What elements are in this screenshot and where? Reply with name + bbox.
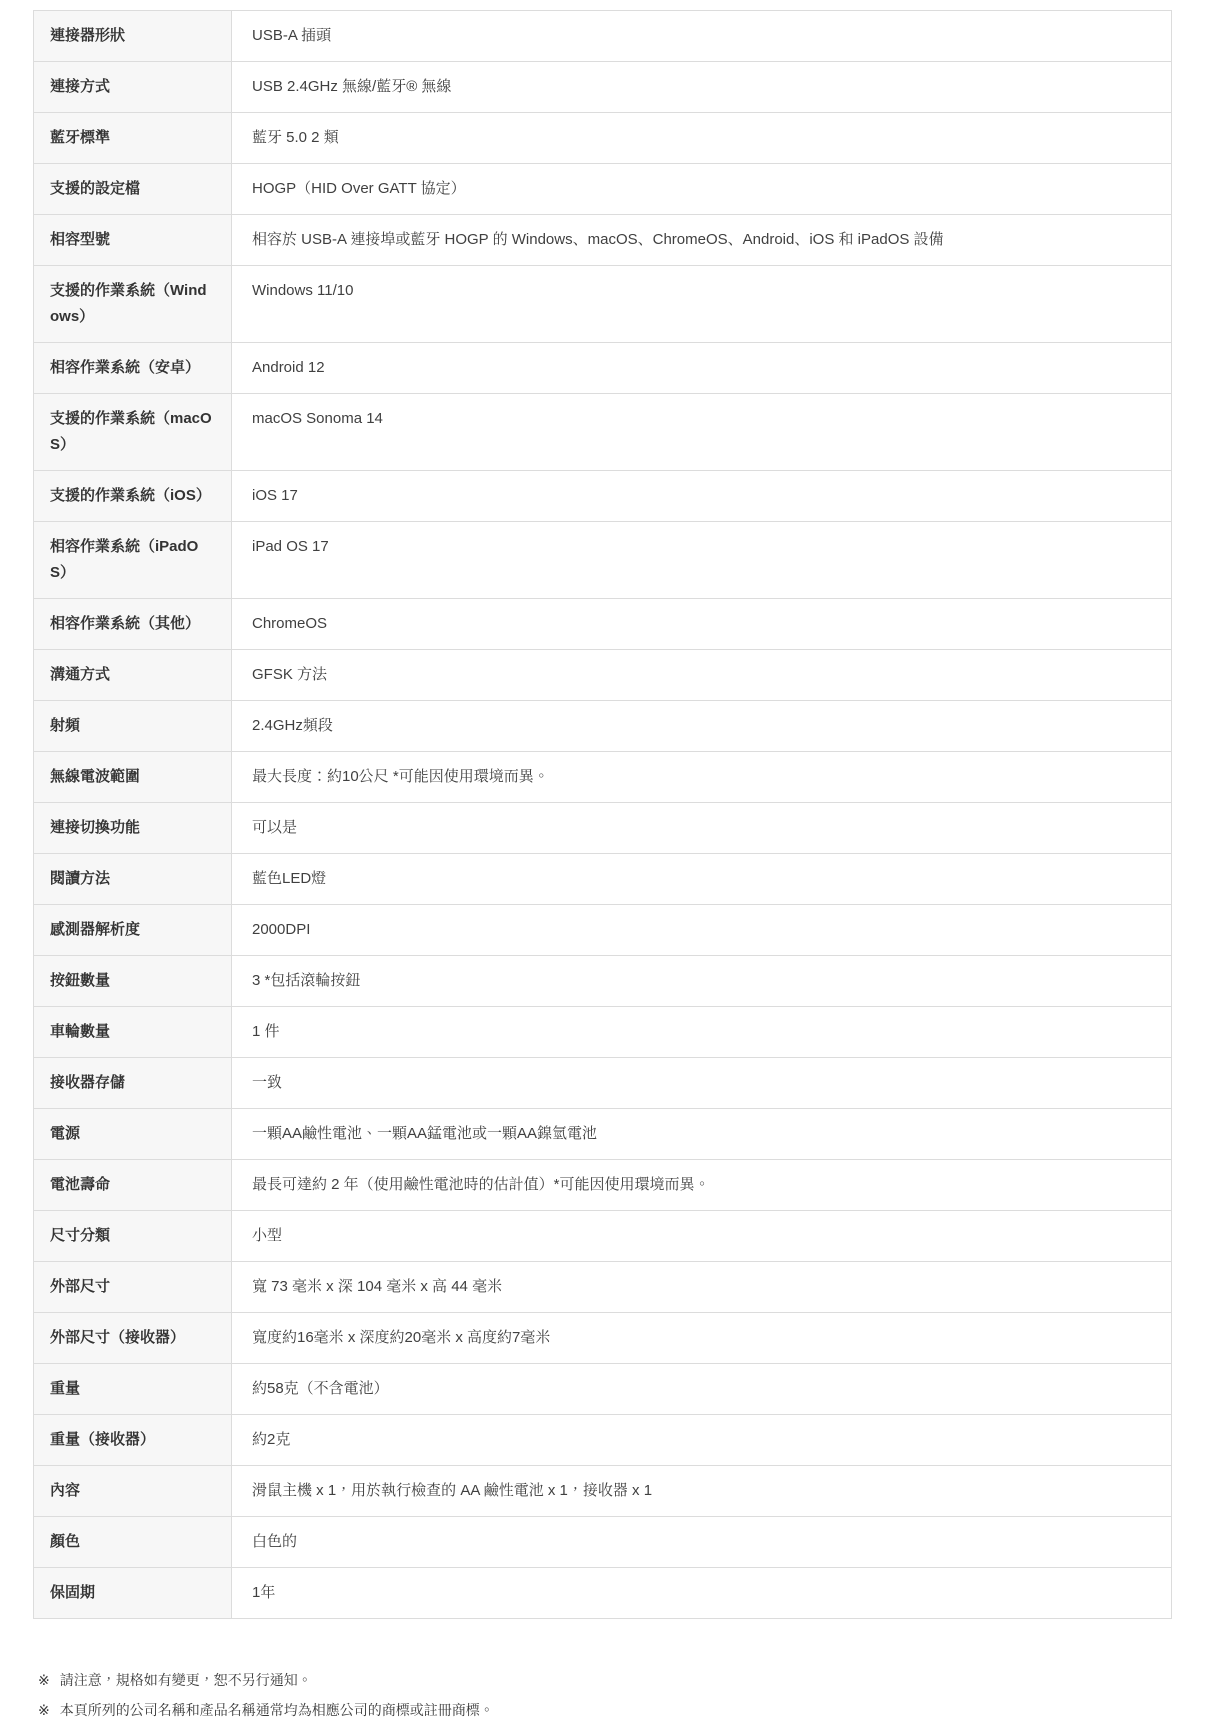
spec-label: 連接方式 [34, 62, 232, 113]
spec-label: 無線電波範圍 [34, 752, 232, 803]
spec-row: 重量（接收器） 約2克 [34, 1415, 1172, 1466]
spec-label: 車輪數量 [34, 1007, 232, 1058]
spec-value: 寬度約16毫米 x 深度約20毫米 x 高度約7毫米 [232, 1313, 1172, 1364]
spec-value: USB-A 插頭 [232, 11, 1172, 62]
spec-row: 支援的作業系統（macOS） macOS Sonoma 14 [34, 394, 1172, 471]
spec-row: 相容作業系統（iPadOS） iPad OS 17 [34, 522, 1172, 599]
spec-value: 最長可達約 2 年（使用鹼性電池時的估計值）*可能因使用環境而異。 [232, 1160, 1172, 1211]
spec-value: 約2克 [232, 1415, 1172, 1466]
spec-row: 連接方式 USB 2.4GHz 無線/藍牙® 無線 [34, 62, 1172, 113]
spec-row: 無線電波範圍 最大長度：約10公尺 *可能因使用環境而異。 [34, 752, 1172, 803]
spec-row: 按鈕數量 3 *包括滾輪按鈕 [34, 956, 1172, 1007]
spec-label: 連接切換功能 [34, 803, 232, 854]
spec-value: GFSK 方法 [232, 650, 1172, 701]
spec-row: 閱讀方法 藍色LED燈 [34, 854, 1172, 905]
spec-value: 相容於 USB-A 連接埠或藍牙 HOGP 的 Windows、macOS、Ch… [232, 215, 1172, 266]
spec-label: 外部尺寸（接收器） [34, 1313, 232, 1364]
spec-row: 重量 約58克（不含電池） [34, 1364, 1172, 1415]
footnote-text: 本頁所列的公司名稱和產品名稱通常均為相應公司的商標或註冊商標。 [60, 1695, 1208, 1725]
spec-row: 藍牙標準 藍牙 5.0 2 類 [34, 113, 1172, 164]
spec-row: 相容型號 相容於 USB-A 連接埠或藍牙 HOGP 的 Windows、mac… [34, 215, 1172, 266]
spec-row: 尺寸分類 小型 [34, 1211, 1172, 1262]
spec-value: 一致 [232, 1058, 1172, 1109]
spec-row: 電池壽命 最長可達約 2 年（使用鹼性電池時的估計值）*可能因使用環境而異。 [34, 1160, 1172, 1211]
spec-value: 白色的 [232, 1517, 1172, 1568]
spec-label: 重量 [34, 1364, 232, 1415]
spec-label: 內容 [34, 1466, 232, 1517]
spec-label: 保固期 [34, 1568, 232, 1619]
spec-label: 相容型號 [34, 215, 232, 266]
footnotes: ※ 請注意，規格如有變更，恕不另行通知。 ※ 本頁所列的公司名稱和產品名稱通常均… [38, 1665, 1208, 1725]
spec-value: 藍牙 5.0 2 類 [232, 113, 1172, 164]
reference-mark-icon: ※ [38, 1665, 50, 1695]
spec-value: 3 *包括滾輪按鈕 [232, 956, 1172, 1007]
spec-value: 可以是 [232, 803, 1172, 854]
spec-value: 小型 [232, 1211, 1172, 1262]
spec-row: 支援的作業系統（Windows） Windows 11/10 [34, 266, 1172, 343]
spec-row: 接收器存儲 一致 [34, 1058, 1172, 1109]
spec-label: 電池壽命 [34, 1160, 232, 1211]
spec-label: 按鈕數量 [34, 956, 232, 1007]
spec-label: 重量（接收器） [34, 1415, 232, 1466]
spec-value: 1 件 [232, 1007, 1172, 1058]
spec-label: 閱讀方法 [34, 854, 232, 905]
spec-label: 感測器解析度 [34, 905, 232, 956]
spec-value: 最大長度：約10公尺 *可能因使用環境而異。 [232, 752, 1172, 803]
spec-row: 支援的設定檔 HOGP（HID Over GATT 協定） [34, 164, 1172, 215]
spec-label: 相容作業系統（安卓） [34, 343, 232, 394]
spec-table: 連接器形狀 USB-A 插頭 連接方式 USB 2.4GHz 無線/藍牙® 無線… [33, 10, 1172, 1619]
spec-label: 尺寸分類 [34, 1211, 232, 1262]
spec-value: HOGP（HID Over GATT 協定） [232, 164, 1172, 215]
spec-row: 外部尺寸（接收器） 寬度約16毫米 x 深度約20毫米 x 高度約7毫米 [34, 1313, 1172, 1364]
footnote-line: ※ 請注意，規格如有變更，恕不另行通知。 [38, 1665, 1208, 1695]
footnote-line: ※ 本頁所列的公司名稱和產品名稱通常均為相應公司的商標或註冊商標。 [38, 1695, 1208, 1725]
reference-mark-icon: ※ [38, 1695, 50, 1725]
spec-label: 連接器形狀 [34, 11, 232, 62]
spec-row: 顏色 白色的 [34, 1517, 1172, 1568]
spec-value: Windows 11/10 [232, 266, 1172, 343]
spec-row: 連接切換功能 可以是 [34, 803, 1172, 854]
spec-value: 寬 73 毫米 x 深 104 毫米 x 高 44 毫米 [232, 1262, 1172, 1313]
spec-row: 相容作業系統（安卓） Android 12 [34, 343, 1172, 394]
spec-row: 感測器解析度 2000DPI [34, 905, 1172, 956]
spec-value: 滑鼠主機 x 1，用於執行檢查的 AA 鹼性電池 x 1，接收器 x 1 [232, 1466, 1172, 1517]
spec-value: 約58克（不含電池） [232, 1364, 1172, 1415]
spec-row: 內容 滑鼠主機 x 1，用於執行檢查的 AA 鹼性電池 x 1，接收器 x 1 [34, 1466, 1172, 1517]
spec-row: 保固期 1年 [34, 1568, 1172, 1619]
spec-row: 支援的作業系統（iOS） iOS 17 [34, 471, 1172, 522]
spec-value: Android 12 [232, 343, 1172, 394]
spec-row: 車輪數量 1 件 [34, 1007, 1172, 1058]
spec-label: 支援的作業系統（macOS） [34, 394, 232, 471]
spec-value: 一顆AA鹼性電池、一顆AA錳電池或一顆AA鎳氫電池 [232, 1109, 1172, 1160]
spec-value: 2.4GHz頻段 [232, 701, 1172, 752]
spec-row: 相容作業系統（其他） ChromeOS [34, 599, 1172, 650]
spec-label: 顏色 [34, 1517, 232, 1568]
spec-value: 2000DPI [232, 905, 1172, 956]
spec-section: 連接器形狀 USB-A 插頭 連接方式 USB 2.4GHz 無線/藍牙® 無線… [0, 0, 1208, 1619]
spec-label: 藍牙標準 [34, 113, 232, 164]
spec-label: 支援的作業系統（Windows） [34, 266, 232, 343]
spec-row: 射頻 2.4GHz頻段 [34, 701, 1172, 752]
spec-value: USB 2.4GHz 無線/藍牙® 無線 [232, 62, 1172, 113]
spec-value: macOS Sonoma 14 [232, 394, 1172, 471]
spec-label: 相容作業系統（其他） [34, 599, 232, 650]
spec-label: 支援的設定檔 [34, 164, 232, 215]
spec-label: 溝通方式 [34, 650, 232, 701]
spec-row: 電源 一顆AA鹼性電池、一顆AA錳電池或一顆AA鎳氫電池 [34, 1109, 1172, 1160]
spec-value: ChromeOS [232, 599, 1172, 650]
spec-value: iOS 17 [232, 471, 1172, 522]
spec-value: 藍色LED燈 [232, 854, 1172, 905]
spec-row: 外部尺寸 寬 73 毫米 x 深 104 毫米 x 高 44 毫米 [34, 1262, 1172, 1313]
spec-value: 1年 [232, 1568, 1172, 1619]
spec-row: 溝通方式 GFSK 方法 [34, 650, 1172, 701]
spec-label: 接收器存儲 [34, 1058, 232, 1109]
spec-label: 支援的作業系統（iOS） [34, 471, 232, 522]
spec-label: 電源 [34, 1109, 232, 1160]
spec-label: 外部尺寸 [34, 1262, 232, 1313]
spec-value: iPad OS 17 [232, 522, 1172, 599]
spec-label: 射頻 [34, 701, 232, 752]
spec-row: 連接器形狀 USB-A 插頭 [34, 11, 1172, 62]
spec-label: 相容作業系統（iPadOS） [34, 522, 232, 599]
footnote-text: 請注意，規格如有變更，恕不另行通知。 [60, 1665, 1208, 1695]
